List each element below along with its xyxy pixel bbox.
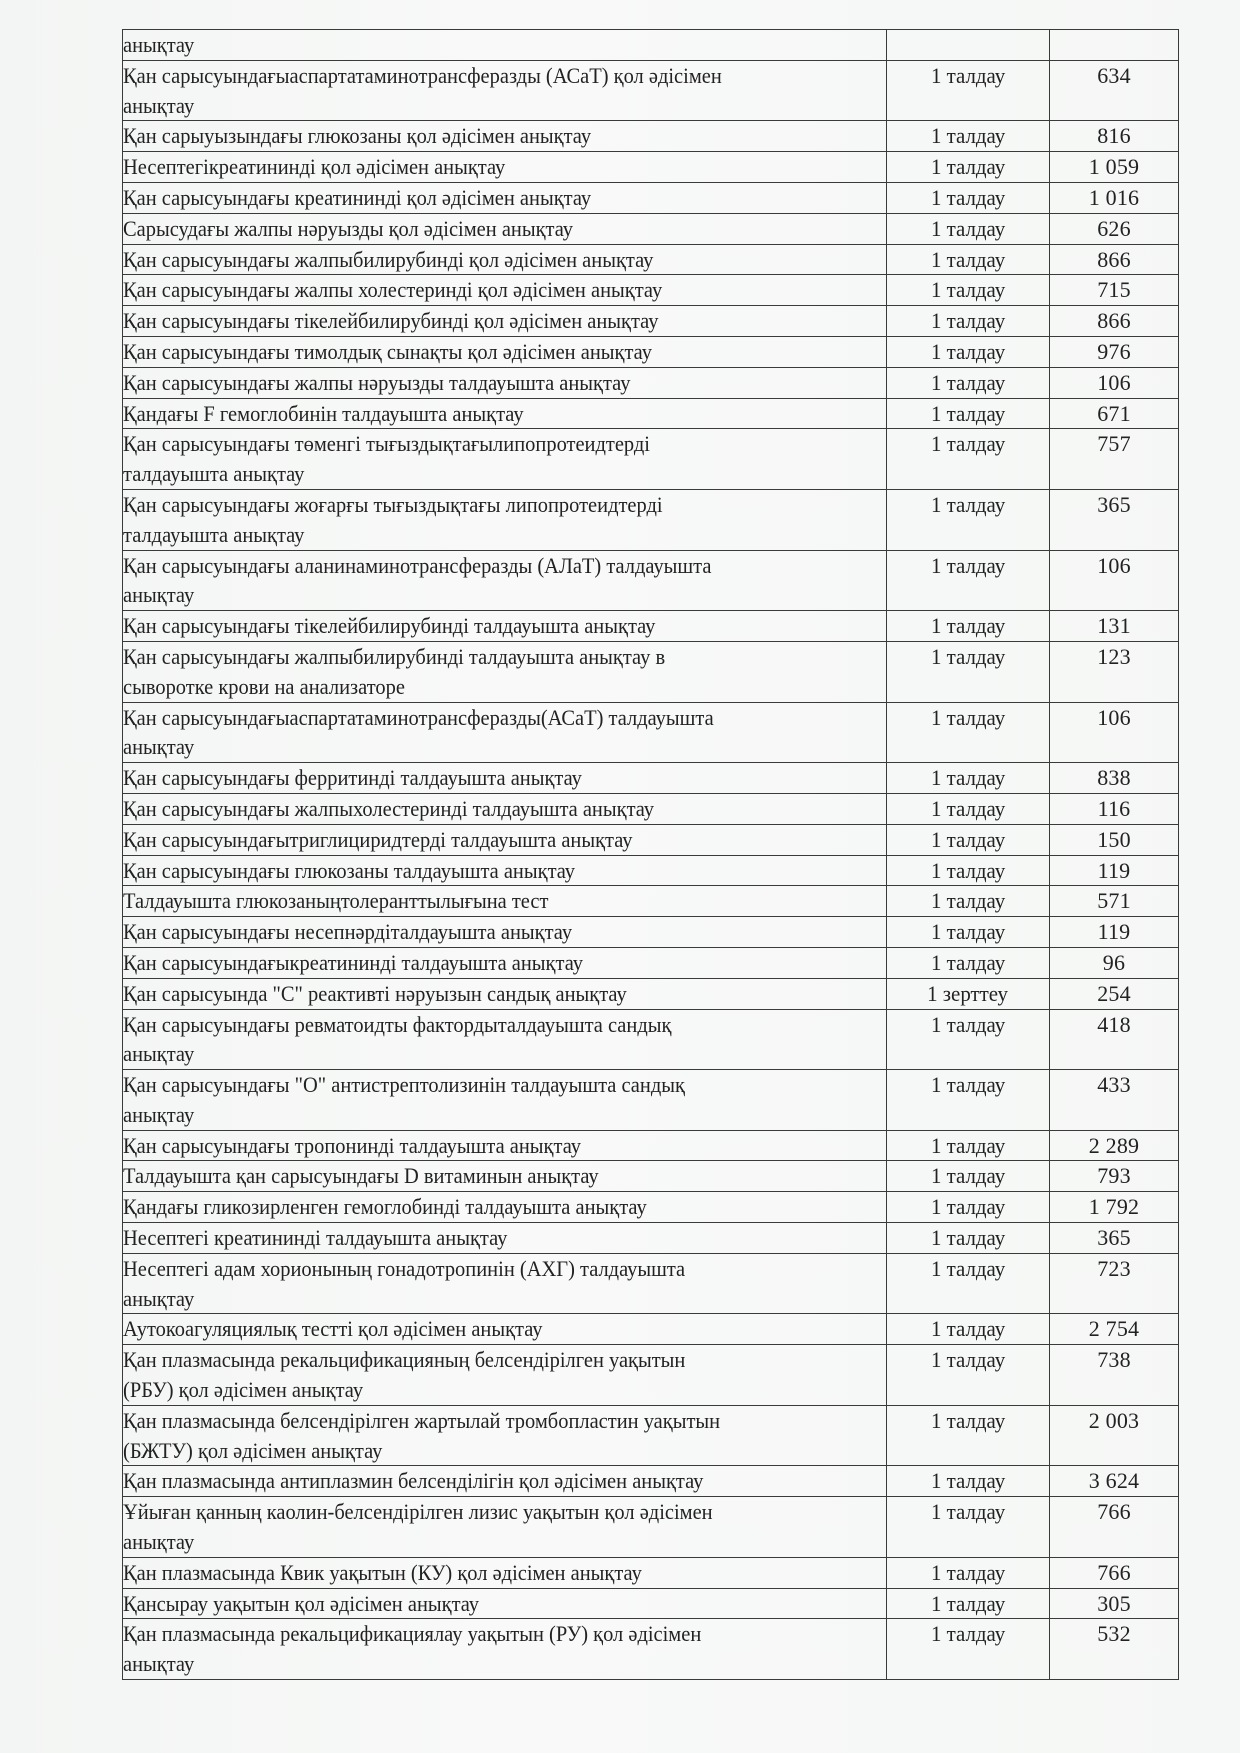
unit-cell: 1 талдау xyxy=(887,1223,1050,1254)
table-row: Қан сарысуындағыкреатининді талдауышта а… xyxy=(123,947,1179,978)
price-cell: 715 xyxy=(1050,275,1179,306)
price-value: 838 xyxy=(1097,765,1131,790)
unit-label: 1 талдау xyxy=(931,337,1005,367)
price-cell: 418 xyxy=(1050,1009,1179,1070)
unit-label: 1 талдау xyxy=(931,1192,1005,1222)
price-cell: 254 xyxy=(1050,978,1179,1009)
service-name-cell: Несептегі креатининді талдауышта анықтау xyxy=(123,1223,887,1254)
table-row: Талдауышта глюкозаныңтолеранттылығына те… xyxy=(123,886,1179,917)
price-value: 866 xyxy=(1097,247,1131,272)
price-cell: 1 059 xyxy=(1050,152,1179,183)
unit-label: 1 талдау xyxy=(931,214,1005,244)
table-row: Ұйыған қанның каолин-белсендірілген лизи… xyxy=(123,1497,1179,1558)
unit-label: 1 талдау xyxy=(931,399,1005,429)
price-value: 757 xyxy=(1097,431,1131,456)
service-name-cell: Қан сарысуындағы жалпы нәруызды талдауыш… xyxy=(123,367,887,398)
price-value: 3 624 xyxy=(1089,1468,1140,1493)
service-name: Несептегі креатининді талдауышта анықтау xyxy=(123,1223,833,1253)
price-cell: 838 xyxy=(1050,763,1179,794)
table-row: Талдауышта қан сарысуындағы D витаминын … xyxy=(123,1161,1179,1192)
service-name: Сарысудағы жалпы нәруызды қол әдісімен а… xyxy=(123,214,833,244)
price-value: 254 xyxy=(1097,981,1131,1006)
table-row: Несептегі креатининді талдауышта анықтау… xyxy=(123,1223,1179,1254)
service-name: анықтау xyxy=(123,30,833,60)
unit-label: 1 талдау xyxy=(931,1406,1005,1436)
price-value: 119 xyxy=(1098,858,1131,883)
price-cell: 571 xyxy=(1050,886,1179,917)
price-cell: 634 xyxy=(1050,60,1179,121)
table-row: Қан плазмасында рекальцификациялау уақыт… xyxy=(123,1619,1179,1680)
price-value: 305 xyxy=(1097,1591,1131,1616)
service-name: Қан сарысуындағы ревматоидты фактордытал… xyxy=(123,1010,833,1070)
table-row: Қан сарысуындағы төменгі тығыздықтағылип… xyxy=(123,429,1179,490)
service-name: Қансырау уақытын қол әдісімен анықтау xyxy=(123,1589,833,1619)
unit-label: 1 талдау xyxy=(931,1314,1005,1344)
unit-label: 1 талдау xyxy=(931,275,1005,305)
service-name-cell: Қан сарысуындағы жалпыхолестеринді талда… xyxy=(123,793,887,824)
unit-cell: 1 талдау xyxy=(887,1192,1050,1223)
price-value: 119 xyxy=(1098,919,1131,944)
price-value: 123 xyxy=(1097,644,1131,669)
unit-cell: 1 талдау xyxy=(887,1466,1050,1497)
unit-label: 1 талдау xyxy=(931,1223,1005,1253)
table-row: Қан сарысуындағы тікелейбилирубинді қол … xyxy=(123,306,1179,337)
price-cell xyxy=(1050,30,1179,61)
price-value: 626 xyxy=(1097,216,1131,241)
table-row: Қан сарысуындағы ферритинді талдауышта а… xyxy=(123,763,1179,794)
price-value: 433 xyxy=(1097,1072,1131,1097)
service-name-cell: Талдауышта қан сарысуындағы D витаминын … xyxy=(123,1161,887,1192)
price-value: 571 xyxy=(1097,888,1131,913)
service-name: Қан сарысуындағыаспартатаминотрансферазд… xyxy=(123,61,833,121)
table-row: Қан сарысуындағытриглициридтерді талдауы… xyxy=(123,824,1179,855)
unit-label: 1 талдау xyxy=(931,1558,1005,1588)
price-cell: 976 xyxy=(1050,336,1179,367)
price-cell: 116 xyxy=(1050,793,1179,824)
unit-cell xyxy=(887,30,1050,61)
unit-label: 1 талдау xyxy=(931,794,1005,824)
unit-cell: 1 талдау xyxy=(887,1253,1050,1314)
price-cell: 866 xyxy=(1050,244,1179,275)
unit-cell: 1 талдау xyxy=(887,213,1050,244)
service-name: Аутокоагуляциялық тестті қол әдісімен ан… xyxy=(123,1314,833,1344)
unit-label: 1 талдау xyxy=(931,368,1005,398)
table-row: Қан плазмасында Квик уақытын (КУ) қол әд… xyxy=(123,1557,1179,1588)
unit-label: 1 талдау xyxy=(931,152,1005,182)
unit-label: 1 талдау xyxy=(931,1070,1005,1100)
unit-label: 1 талдау xyxy=(931,121,1005,151)
unit-cell: 1 талдау xyxy=(887,641,1050,702)
table-row: Қандағы F гемоглобинін талдауышта анықта… xyxy=(123,398,1179,429)
price-cell: 2 754 xyxy=(1050,1314,1179,1345)
service-name-cell: Қан сарысуындағы несепнәрдіталдауышта ан… xyxy=(123,917,887,948)
service-name-cell: Аутокоагуляциялық тестті қол әдісімен ан… xyxy=(123,1314,887,1345)
unit-label: 1 талдау xyxy=(931,306,1005,336)
service-name: Қан сарысуындағы жалпыбилирубинді қол әд… xyxy=(123,245,833,275)
unit-cell: 1 талдау xyxy=(887,824,1050,855)
service-name: Талдауышта глюкозаныңтолеранттылығына те… xyxy=(123,886,833,916)
unit-label: 1 талдау xyxy=(931,1497,1005,1527)
table-row: Қан сарысуындағы тропонинді талдауышта а… xyxy=(123,1130,1179,1161)
price-cell: 106 xyxy=(1050,702,1179,763)
unit-cell: 1 талдау xyxy=(887,152,1050,183)
price-value: 106 xyxy=(1097,705,1131,730)
price-cell: 723 xyxy=(1050,1253,1179,1314)
price-cell: 106 xyxy=(1050,550,1179,611)
table-row: Қан сарысуында "С" реактивті нәруызын са… xyxy=(123,978,1179,1009)
unit-cell: 1 талдау xyxy=(887,1619,1050,1680)
service-name-cell: Несептегі адам хорионының гонадотропинін… xyxy=(123,1253,887,1314)
unit-cell: 1 талдау xyxy=(887,367,1050,398)
unit-label: 1 талдау xyxy=(931,1466,1005,1496)
price-cell: 96 xyxy=(1050,947,1179,978)
service-name-cell: Қан сарысуындағы жоғарғы тығыздықтағы ли… xyxy=(123,489,887,550)
table-row: Қан сарысуындағы несепнәрдіталдауышта ан… xyxy=(123,917,1179,948)
unit-label: 1 талдау xyxy=(931,886,1005,916)
table-row: Қан сарысуындағы жоғарғы тығыздықтағы ли… xyxy=(123,489,1179,550)
price-value: 106 xyxy=(1097,553,1131,578)
service-name-cell: Қан сарысуындағы креатининді қол әдісіме… xyxy=(123,182,887,213)
service-name: Қан плазмасында белсендірілген жартылай … xyxy=(123,1406,833,1466)
service-name: Қан сарысуындағытриглициридтерді талдауы… xyxy=(123,825,833,855)
service-name-cell: Қан сарысуындағы жалпы холестеринді қол … xyxy=(123,275,887,306)
price-cell: 816 xyxy=(1050,121,1179,152)
price-value: 793 xyxy=(1097,1163,1131,1188)
unit-cell: 1 талдау xyxy=(887,1497,1050,1558)
unit-label: 1 талдау xyxy=(931,1345,1005,1375)
table-row: Қан сарысуындағыаспартатаминотрансферазд… xyxy=(123,60,1179,121)
price-value: 866 xyxy=(1097,308,1131,333)
price-cell: 793 xyxy=(1050,1161,1179,1192)
table-row: Қан сарысуындағы жалпыхолестеринді талда… xyxy=(123,793,1179,824)
price-value: 715 xyxy=(1097,277,1131,302)
service-name-cell: Қандағы F гемоглобинін талдауышта анықта… xyxy=(123,398,887,429)
price-value: 723 xyxy=(1097,1256,1131,1281)
price-value: 1 792 xyxy=(1089,1194,1140,1219)
service-name-cell: Қан сарысуындағы тимолдық сынақты қол әд… xyxy=(123,336,887,367)
table-row: Қансырау уақытын қол әдісімен анықтау 1 … xyxy=(123,1588,1179,1619)
service-name: Қан сарысуындағы жоғарғы тығыздықтағы ли… xyxy=(123,490,833,550)
price-value: 1 059 xyxy=(1089,154,1140,179)
table-row: Аутокоагуляциялық тестті қол әдісімен ан… xyxy=(123,1314,1179,1345)
table-row: Қан плазмасында антиплазмин белсенділігі… xyxy=(123,1466,1179,1497)
price-cell: 766 xyxy=(1050,1557,1179,1588)
service-name-cell: Қан сарысуындағытриглициридтерді талдауы… xyxy=(123,824,887,855)
service-name-cell: Қансырау уақытын қол әдісімен анықтау xyxy=(123,1588,887,1619)
service-name-cell: анықтау xyxy=(123,30,887,61)
table-row: Қан сарысуындағы жалпы нәруызды талдауыш… xyxy=(123,367,1179,398)
price-cell: 1 016 xyxy=(1050,182,1179,213)
service-name-cell: Қан сарысуындағы тропонинді талдауышта а… xyxy=(123,1130,887,1161)
service-name: Қан сарысуындағы глюкозаны талдауышта ан… xyxy=(123,856,833,886)
service-name: Қан сарысуындағы жалпы нәруызды талдауыш… xyxy=(123,368,833,398)
table-row: Қан сарысуындағы аланинаминотрансферазды… xyxy=(123,550,1179,611)
service-name: Қан сарысуындағы тропонинді талдауышта а… xyxy=(123,1131,833,1161)
unit-cell: 1 талдау xyxy=(887,1557,1050,1588)
price-value: 96 xyxy=(1103,950,1125,975)
service-name-cell: Қан сарыуызындағы глюкозаны қол әдісімен… xyxy=(123,121,887,152)
table-row: Қан сарыуызындағы глюкозаны қол әдісімен… xyxy=(123,121,1179,152)
price-value: 738 xyxy=(1097,1347,1131,1372)
price-value: 418 xyxy=(1097,1012,1131,1037)
price-cell: 131 xyxy=(1050,611,1179,642)
service-name: Қан сарысуындағы "О" антистрептолизинін … xyxy=(123,1070,833,1130)
unit-cell: 1 талдау xyxy=(887,793,1050,824)
service-name: Қан сарысуындағы ферритинді талдауышта а… xyxy=(123,763,833,793)
unit-cell: 1 талдау xyxy=(887,244,1050,275)
service-name: Қан сарысуындағы аланинаминотрансферазды… xyxy=(123,551,833,611)
unit-label: 1 талдау xyxy=(931,1619,1005,1649)
price-cell: 365 xyxy=(1050,1223,1179,1254)
price-cell: 2 003 xyxy=(1050,1405,1179,1466)
service-name-cell: Қан сарысуындағы төменгі тығыздықтағылип… xyxy=(123,429,887,490)
unit-label: 1 талдау xyxy=(931,490,1005,520)
price-cell: 866 xyxy=(1050,306,1179,337)
price-value: 2 754 xyxy=(1089,1316,1140,1341)
price-cell: 2 289 xyxy=(1050,1130,1179,1161)
service-name: Қандағы гликозирленген гемоглобинді талд… xyxy=(123,1192,833,1222)
table-row: Қан сарысуындағы жалпыбилирубинді талдау… xyxy=(123,641,1179,702)
price-value: 2 289 xyxy=(1089,1133,1140,1158)
price-value: 816 xyxy=(1097,123,1131,148)
unit-label: 1 талдау xyxy=(931,611,1005,641)
service-name-cell: Қан сарысуындағы ревматоидты фактордытал… xyxy=(123,1009,887,1070)
service-name-cell: Ұйыған қанның каолин-белсендірілген лизи… xyxy=(123,1497,887,1558)
unit-label: 1 талдау xyxy=(931,948,1005,978)
service-name: Несептегікреатининді қол әдісімен анықта… xyxy=(123,152,833,182)
unit-cell: 1 талдау xyxy=(887,1405,1050,1466)
table-row: Қан сарысуындағы жалпыбилирубинді қол әд… xyxy=(123,244,1179,275)
unit-label: 1 талдау xyxy=(931,703,1005,733)
price-cell: 626 xyxy=(1050,213,1179,244)
price-cell: 150 xyxy=(1050,824,1179,855)
table-row: Қан сарысуындағыаспартатаминотрансферазд… xyxy=(123,702,1179,763)
unit-cell: 1 талдау xyxy=(887,121,1050,152)
unit-cell: 1 талдау xyxy=(887,306,1050,337)
unit-label: 1 талдау xyxy=(931,825,1005,855)
service-name: Қан плазмасында рекальцификациялау уақыт… xyxy=(123,1619,833,1679)
unit-cell: 1 зерттеу xyxy=(887,978,1050,1009)
service-name-cell: Қан сарысуындағы жалпыбилирубинді қол әд… xyxy=(123,244,887,275)
unit-label: 1 талдау xyxy=(931,1010,1005,1040)
unit-cell: 1 талдау xyxy=(887,1070,1050,1131)
unit-cell: 1 талдау xyxy=(887,1009,1050,1070)
price-value: 671 xyxy=(1097,401,1131,426)
table-row: Қан сарысуындағы жалпы холестеринді қол … xyxy=(123,275,1179,306)
price-value: 766 xyxy=(1097,1560,1131,1585)
price-list-table: анықтау Қан сарысуындағыаспартатаминотра… xyxy=(122,29,1179,1680)
unit-cell: 1 талдау xyxy=(887,886,1050,917)
unit-cell: 1 талдау xyxy=(887,336,1050,367)
unit-cell: 1 талдау xyxy=(887,429,1050,490)
table-row: Қан сарысуындағы тимолдық сынақты қол әд… xyxy=(123,336,1179,367)
service-name: Қан сарысуындағы жалпыхолестеринді талда… xyxy=(123,794,833,824)
service-name: Қан сарысуында "С" реактивті нәруызын са… xyxy=(123,979,833,1009)
service-name-cell: Қан плазмасында антиплазмин белсенділігі… xyxy=(123,1466,887,1497)
service-name-cell: Қан сарысуындағы аланинаминотрансферазды… xyxy=(123,550,887,611)
price-value: 116 xyxy=(1098,796,1131,821)
unit-label: 1 талдау xyxy=(931,1161,1005,1191)
table-row: Қан сарысуындағы креатининді қол әдісіме… xyxy=(123,182,1179,213)
service-name: Қан сарысуындағы тимолдық сынақты қол әд… xyxy=(123,337,833,367)
table-row: Қан сарысуындағы ревматоидты фактордытал… xyxy=(123,1009,1179,1070)
price-value: 976 xyxy=(1097,339,1131,364)
table-row: Сарысудағы жалпы нәруызды қол әдісімен а… xyxy=(123,213,1179,244)
service-name-cell: Қан сарысуындағы ферритинді талдауышта а… xyxy=(123,763,887,794)
service-name: Қан сарысуындағыаспартатаминотрансферазд… xyxy=(123,703,833,763)
unit-cell: 1 талдау xyxy=(887,1161,1050,1192)
price-cell: 766 xyxy=(1050,1497,1179,1558)
service-name-cell: Қан плазмасында рекальцификацияның белсе… xyxy=(123,1345,887,1406)
service-name: Қан сарысуындағы креатининді қол әдісіме… xyxy=(123,183,833,213)
service-name: Қан плазмасында Квик уақытын (КУ) қол әд… xyxy=(123,1558,833,1588)
table-body: анықтау Қан сарысуындағыаспартатаминотра… xyxy=(123,30,1179,1680)
price-cell: 3 624 xyxy=(1050,1466,1179,1497)
price-cell: 119 xyxy=(1050,855,1179,886)
unit-label: 1 талдау xyxy=(931,1589,1005,1619)
unit-label: 1 талдау xyxy=(931,856,1005,886)
unit-label: 1 талдау xyxy=(931,551,1005,581)
service-name: Талдауышта қан сарысуындағы D витаминын … xyxy=(123,1161,833,1191)
unit-cell: 1 талдау xyxy=(887,1588,1050,1619)
unit-label: 1 талдау xyxy=(931,1131,1005,1161)
service-name: Қан сарыуызындағы глюкозаны қол әдісімен… xyxy=(123,121,833,151)
unit-cell: 1 талдау xyxy=(887,1345,1050,1406)
price-cell: 433 xyxy=(1050,1070,1179,1131)
service-name-cell: Қан сарысуындағыаспартатаминотрансферазд… xyxy=(123,60,887,121)
service-name: Несептегі адам хорионының гонадотропинін… xyxy=(123,1254,833,1314)
price-cell: 119 xyxy=(1050,917,1179,948)
table-row: Қан плазмасында белсендірілген жартылай … xyxy=(123,1405,1179,1466)
price-cell: 365 xyxy=(1050,489,1179,550)
unit-label: 1 талдау xyxy=(931,245,1005,275)
unit-label: 1 талдау xyxy=(931,183,1005,213)
unit-cell: 1 талдау xyxy=(887,489,1050,550)
unit-cell: 1 талдау xyxy=(887,275,1050,306)
unit-cell: 1 талдау xyxy=(887,855,1050,886)
unit-cell: 1 талдау xyxy=(887,947,1050,978)
price-value: 365 xyxy=(1097,492,1131,517)
service-name-cell: Қан сарысуында "С" реактивті нәруызын са… xyxy=(123,978,887,1009)
service-name-cell: Қан плазмасында рекальцификациялау уақыт… xyxy=(123,1619,887,1680)
service-name-cell: Несептегікреатининді қол әдісімен анықта… xyxy=(123,152,887,183)
service-name: Қан сарысуындағы төменгі тығыздықтағылип… xyxy=(123,429,833,489)
price-value: 106 xyxy=(1097,370,1131,395)
unit-cell: 1 талдау xyxy=(887,702,1050,763)
service-name-cell: Қан плазмасында Квик уақытын (КУ) қол әд… xyxy=(123,1557,887,1588)
service-name: Қан плазмасында рекальцификацияның белсе… xyxy=(123,1345,833,1405)
unit-cell: 1 талдау xyxy=(887,763,1050,794)
service-name-cell: Қан сарысуындағыаспартатаминотрансферазд… xyxy=(123,702,887,763)
price-cell: 671 xyxy=(1050,398,1179,429)
price-value: 150 xyxy=(1097,827,1131,852)
unit-label: 1 зерттеу xyxy=(928,979,1009,1009)
price-value: 365 xyxy=(1097,1225,1131,1250)
table-row: Қан сарысуындағы "О" антистрептолизинін … xyxy=(123,1070,1179,1131)
unit-label: 1 талдау xyxy=(931,642,1005,672)
unit-cell: 1 талдау xyxy=(887,611,1050,642)
unit-cell: 1 талдау xyxy=(887,917,1050,948)
service-name: Қандағы F гемоглобинін талдауышта анықта… xyxy=(123,399,833,429)
price-cell: 106 xyxy=(1050,367,1179,398)
price-value: 2 003 xyxy=(1089,1408,1140,1433)
unit-cell: 1 талдау xyxy=(887,60,1050,121)
table-row: Несептегі адам хорионының гонадотропинін… xyxy=(123,1253,1179,1314)
price-value: 766 xyxy=(1097,1499,1131,1524)
price-cell: 123 xyxy=(1050,641,1179,702)
table-row: Қан сарысуындағы тікелейбилирубинді талд… xyxy=(123,611,1179,642)
price-cell: 738 xyxy=(1050,1345,1179,1406)
table-row: Қан плазмасында рекальцификацияның белсе… xyxy=(123,1345,1179,1406)
table-row: Несептегікреатининді қол әдісімен анықта… xyxy=(123,152,1179,183)
price-value: 1 016 xyxy=(1089,185,1140,210)
price-cell: 532 xyxy=(1050,1619,1179,1680)
unit-cell: 1 талдау xyxy=(887,1130,1050,1161)
price-value: 131 xyxy=(1097,613,1131,638)
price-cell: 757 xyxy=(1050,429,1179,490)
price-value: 532 xyxy=(1097,1621,1131,1646)
service-name-cell: Қан сарысуындағы "О" антистрептолизинін … xyxy=(123,1070,887,1131)
service-name-cell: Қан сарысуындағы жалпыбилирубинді талдау… xyxy=(123,641,887,702)
service-name: Қан плазмасында антиплазмин белсенділігі… xyxy=(123,1466,833,1496)
unit-cell: 1 талдау xyxy=(887,398,1050,429)
service-name: Қан сарысуындағы жалпы холестеринді қол … xyxy=(123,275,833,305)
unit-label: 1 талдау xyxy=(931,1254,1005,1284)
table-row: Қандағы гликозирленген гемоглобинді талд… xyxy=(123,1192,1179,1223)
service-name-cell: Қан сарысуындағыкреатининді талдауышта а… xyxy=(123,947,887,978)
unit-cell: 1 талдау xyxy=(887,1314,1050,1345)
service-name-cell: Сарысудағы жалпы нәруызды қол әдісімен а… xyxy=(123,213,887,244)
unit-cell: 1 талдау xyxy=(887,550,1050,611)
service-name-cell: Қан сарысуындағы глюкозаны талдауышта ан… xyxy=(123,855,887,886)
unit-label: 1 талдау xyxy=(931,763,1005,793)
service-name-cell: Қан сарысуындағы тікелейбилирубинді қол … xyxy=(123,306,887,337)
unit-label: 1 талдау xyxy=(931,429,1005,459)
service-name: Қан сарысуындағы несепнәрдіталдауышта ан… xyxy=(123,917,833,947)
table-row: анықтау xyxy=(123,30,1179,61)
service-name-cell: Қан плазмасында белсендірілген жартылай … xyxy=(123,1405,887,1466)
unit-label: 1 талдау xyxy=(931,917,1005,947)
price-cell: 1 792 xyxy=(1050,1192,1179,1223)
service-name: Ұйыған қанның каолин-белсендірілген лизи… xyxy=(123,1497,833,1557)
service-name: Қан сарысуындағы тікелейбилирубинді қол … xyxy=(123,306,833,336)
service-name: Қан сарысуындағы жалпыбилирубинді талдау… xyxy=(123,642,833,702)
service-name-cell: Талдауышта глюкозаныңтолеранттылығына те… xyxy=(123,886,887,917)
service-name: Қан сарысуындағы тікелейбилирубинді талд… xyxy=(123,611,833,641)
unit-label: 1 талдау xyxy=(931,61,1005,91)
service-name: Қан сарысуындағыкреатининді талдауышта а… xyxy=(123,948,833,978)
service-name-cell: Қан сарысуындағы тікелейбилирубинді талд… xyxy=(123,611,887,642)
service-name-cell: Қандағы гликозирленген гемоглобинді талд… xyxy=(123,1192,887,1223)
unit-cell: 1 талдау xyxy=(887,182,1050,213)
table-row: Қан сарысуындағы глюкозаны талдауышта ан… xyxy=(123,855,1179,886)
price-cell: 305 xyxy=(1050,1588,1179,1619)
price-value: 634 xyxy=(1097,63,1131,88)
